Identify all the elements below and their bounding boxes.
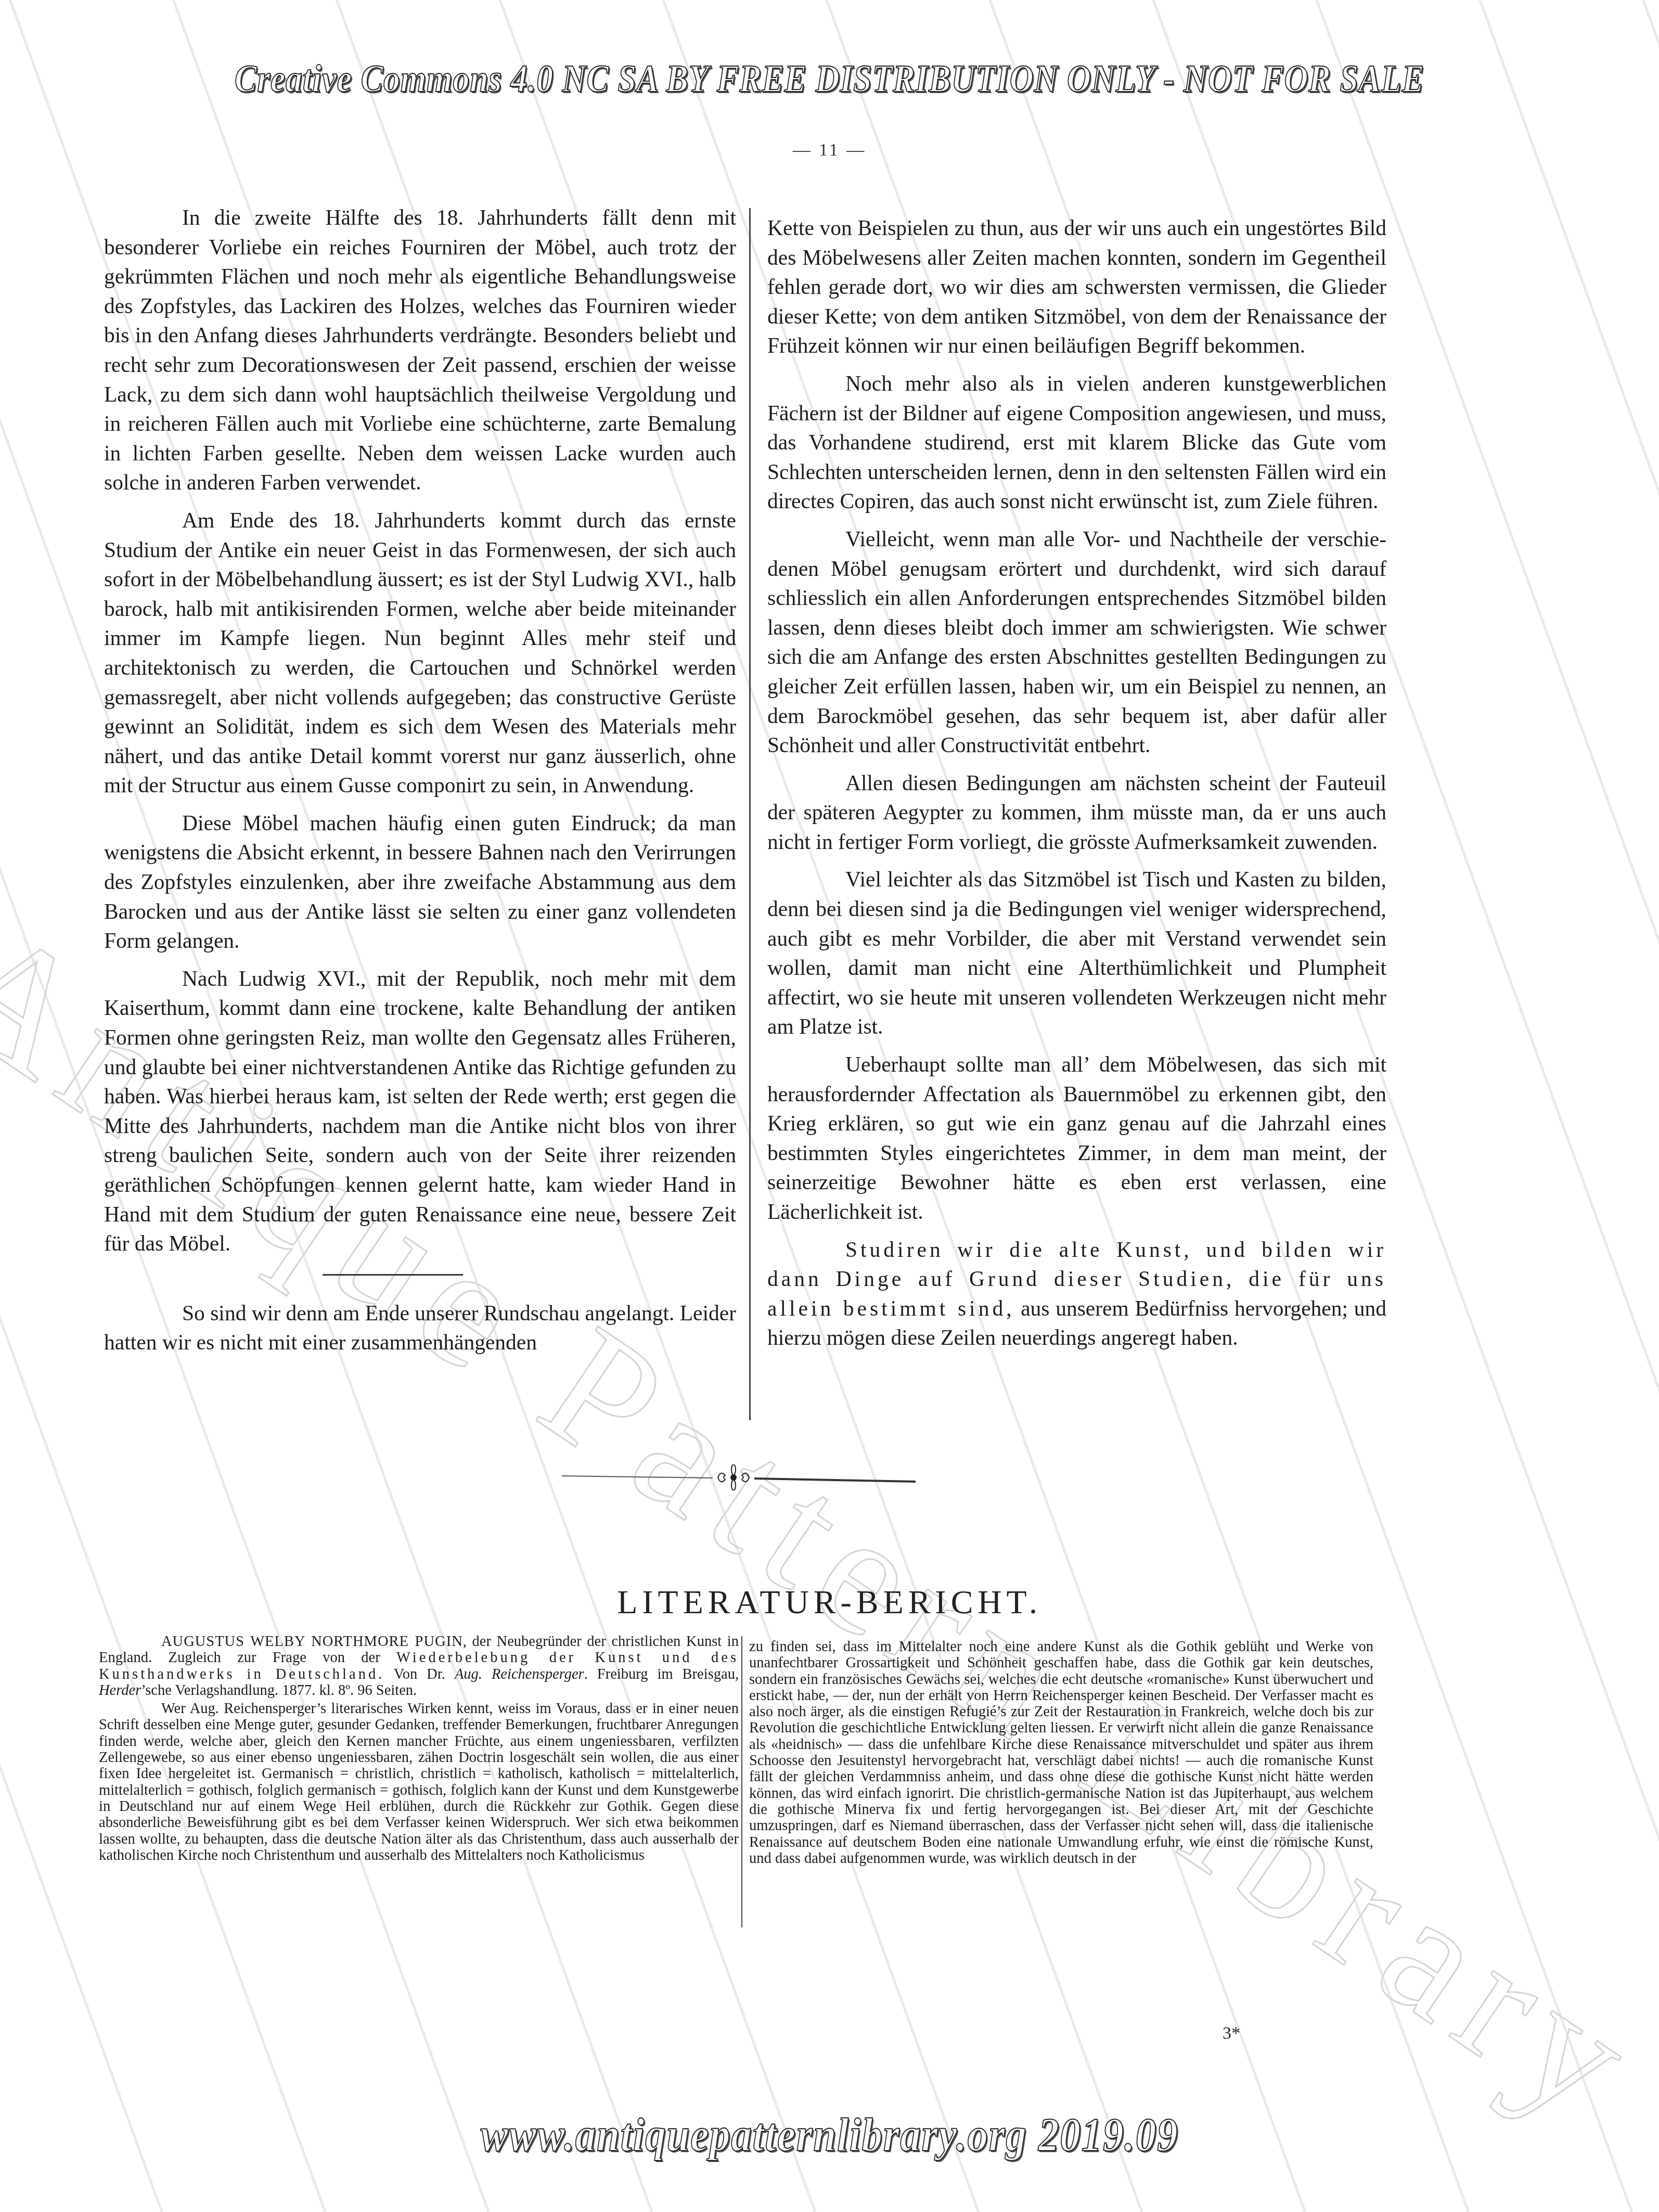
- fleuron-ornament-icon: [562, 1464, 916, 1490]
- citation-editor: Aug. Reichensperger: [455, 1666, 584, 1682]
- literature-right-column: zu finden sei, dass im Mittelalter noch …: [749, 1639, 1373, 1869]
- review-body-left: Wer Aug. Reichensperger’s literarisches …: [99, 1701, 739, 1863]
- paragraph: Noch mehr also als in vielen anderen kun…: [767, 369, 1386, 516]
- article-right-column: Kette von Beispielen zu thun, aus der wi…: [767, 213, 1386, 1361]
- citation: AUGUSTUS WELBY NORTHMORE PUGIN, der Neub…: [99, 1634, 739, 1699]
- closing-paragraph: Studiren wir die alte Kunst, und bilden …: [767, 1235, 1386, 1353]
- paragraph: Diese Möbel machen häufig einen guten Ei…: [104, 808, 736, 956]
- paragraph: Am Ende des 18. Jahrhunderts kommt durch…: [104, 506, 736, 800]
- citation-details: ’sche Verlagshand­lung. 1877. kl. 8º. 96…: [141, 1682, 417, 1699]
- page-number: — 11 —: [0, 140, 1659, 160]
- paragraph: In die zweite Hälfte des 18. Jahrhundert…: [104, 203, 736, 497]
- literature-column-divider: [741, 1636, 742, 1927]
- citation-place: . Freiburg im Breisgau,: [584, 1666, 739, 1682]
- paragraph: Ueberhaupt sollte man all’ dem Möbelwese…: [767, 1050, 1386, 1227]
- section-title: LITERATUR-BERICHT.: [0, 1583, 1659, 1622]
- column-divider: [749, 208, 751, 1420]
- footer-url: www.antiquepatternlibrary.org 2019.09: [116, 2107, 1543, 2162]
- signature-mark: 3*: [1223, 2024, 1240, 2043]
- paragraph: Vielleicht, wenn man alle Vor- und Nacht…: [767, 524, 1386, 760]
- citation-by: Von Dr.: [384, 1666, 455, 1682]
- section-rule: [323, 1274, 463, 1276]
- citation-publisher: Herder: [99, 1682, 141, 1699]
- paragraph: Viel leichter als das Sitzmöbel ist Tisc…: [767, 865, 1386, 1041]
- review-body-right: zu finden sei, dass im Mittelalter noch …: [749, 1639, 1373, 1867]
- paragraph: Kette von Beispielen zu thun, aus der wi…: [767, 213, 1386, 361]
- paragraph: Nach Ludwig XVI., mit der Republik, noch…: [104, 964, 736, 1258]
- article-left-column: In die zweite Hälfte des 18. Jahrhundert…: [104, 203, 736, 1366]
- literature-left-column: AUGUSTUS WELBY NORTHMORE PUGIN, der Neub…: [99, 1634, 739, 1866]
- paragraph: Allen diesen Bedingungen am nächsten sch…: [767, 768, 1386, 857]
- license-banner: Creative Commons 4.0 NC SA BY FREE DISTR…: [116, 57, 1543, 101]
- citation-author: AUGUSTUS WELBY NORTHMORE PUGIN: [161, 1634, 463, 1650]
- paragraph: So sind wir denn am Ende unserer Rundsch…: [104, 1298, 736, 1357]
